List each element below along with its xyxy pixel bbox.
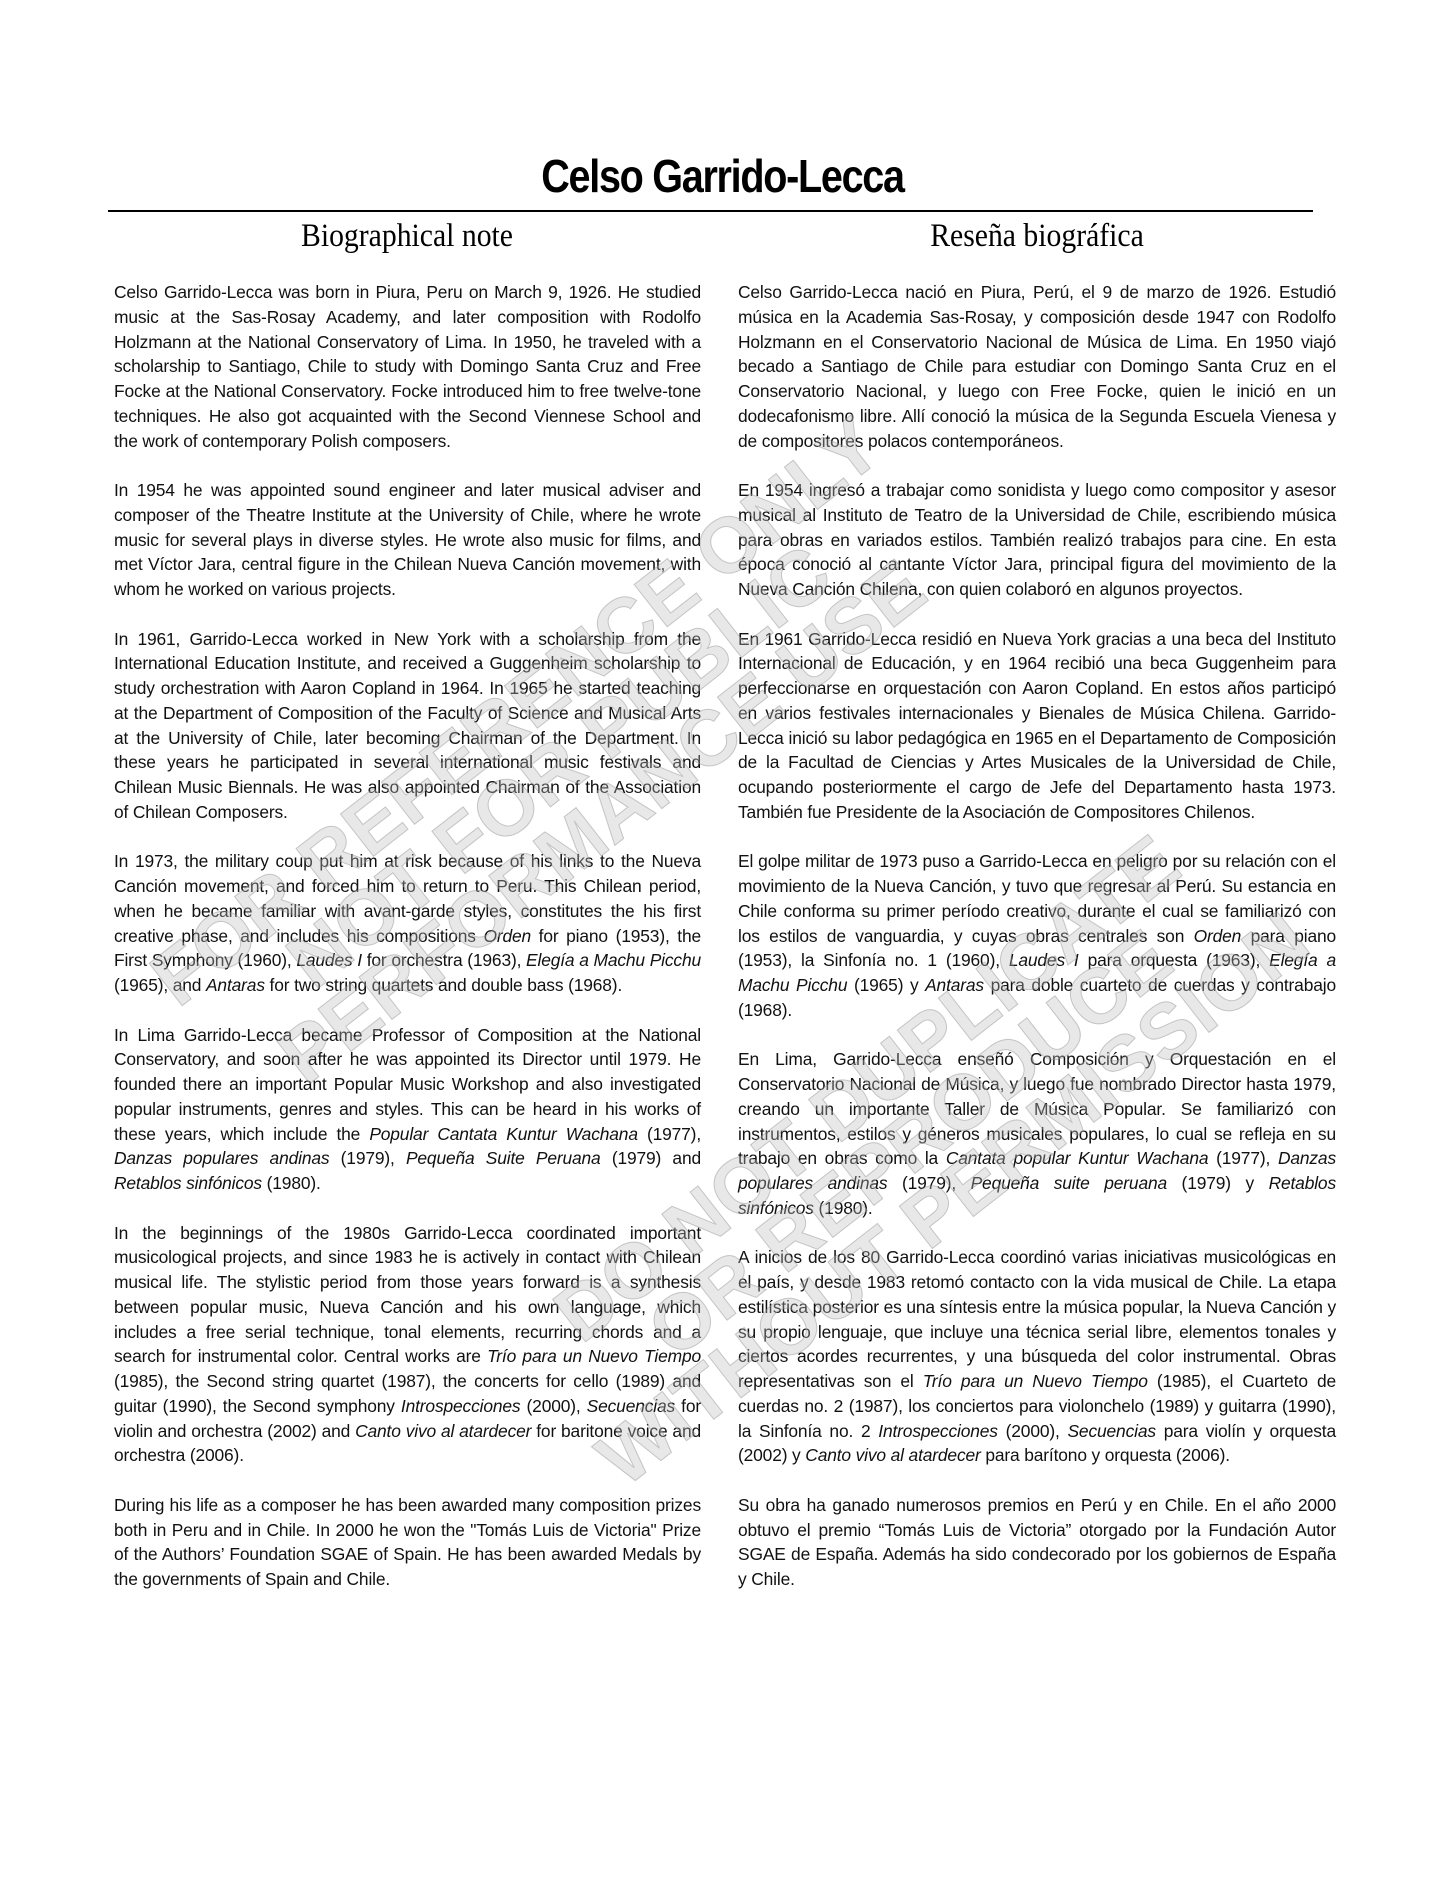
text-run: (1965), and: [114, 975, 206, 995]
work-title: Pequeña suite peruana: [971, 1173, 1167, 1193]
text-run: In the beginnings of the 1980s Garrido-L…: [114, 1223, 701, 1367]
text-run: En 1954 ingresó a trabajar como sonidist…: [738, 480, 1336, 599]
work-title: Pequeña Suite Peruana: [406, 1148, 601, 1168]
paragraph: En 1961 Garrido-Lecca residió en Nueva Y…: [738, 627, 1336, 825]
text-run: para orquesta (1963),: [1079, 950, 1270, 970]
paragraph: Celso Garrido-Lecca was born in Piura, P…: [114, 280, 701, 453]
work-title: Orden: [1194, 926, 1242, 946]
text-run: (1979),: [887, 1173, 970, 1193]
text-run: (1979),: [329, 1148, 406, 1168]
spanish-heading: Reseña biográfica: [768, 214, 1306, 258]
text-run: (2000),: [520, 1396, 586, 1416]
text-run: Celso Garrido-Lecca nació en Piura, Perú…: [738, 282, 1336, 451]
text-run: (1965) y: [847, 975, 925, 995]
paragraph: In the beginnings of the 1980s Garrido-L…: [114, 1221, 701, 1469]
paragraph: In 1973, the military coup put him at ri…: [114, 849, 701, 998]
work-title: Introspecciones: [401, 1396, 521, 1416]
text-run: (2000),: [998, 1421, 1068, 1441]
paragraph: A inicios de los 80 Garrido-Lecca coordi…: [738, 1245, 1336, 1468]
work-title: Antaras: [206, 975, 265, 995]
work-title: Orden: [483, 926, 531, 946]
work-title: Cantata popular Kuntur Wachana: [946, 1148, 1209, 1168]
paragraph: Celso Garrido-Lecca nació en Piura, Perú…: [738, 280, 1336, 453]
work-title: Introspecciones: [878, 1421, 998, 1441]
work-title: Antaras: [925, 975, 984, 995]
paragraph: Su obra ha ganado numerosos premios en P…: [738, 1493, 1336, 1592]
work-title: Popular Cantata Kuntur Wachana: [369, 1124, 638, 1144]
title-divider: [108, 210, 1313, 212]
text-run: (1977),: [1208, 1148, 1278, 1168]
work-title: Trío para un Nuevo Tiempo: [487, 1346, 701, 1366]
text-run: In 1961, Garrido-Lecca worked in New Yor…: [114, 629, 701, 822]
work-title: Canto vivo al atardecer: [805, 1445, 980, 1465]
work-title: Secuencias: [587, 1396, 675, 1416]
text-run: En 1961 Garrido-Lecca residió en Nueva Y…: [738, 629, 1336, 822]
work-title: Canto vivo al atardecer: [355, 1421, 531, 1441]
paragraph: In 1954 he was appointed sound engineer …: [114, 478, 701, 602]
text-run: (1980).: [814, 1198, 873, 1218]
text-run: A inicios de los 80 Garrido-Lecca coordi…: [738, 1247, 1336, 1391]
text-run: Su obra ha ganado numerosos premios en P…: [738, 1495, 1336, 1589]
paragraph: In 1961, Garrido-Lecca worked in New Yor…: [114, 627, 701, 825]
work-title: Laudes I: [296, 950, 362, 970]
work-title: Danzas populares andinas: [114, 1148, 329, 1168]
text-run: (1979) y: [1167, 1173, 1269, 1193]
paragraph: En 1954 ingresó a trabajar como sonidist…: [738, 478, 1336, 602]
work-title: Laudes I: [1009, 950, 1079, 970]
text-run: (1977),: [638, 1124, 701, 1144]
page-title: Celso Garrido-Lecca: [101, 146, 1344, 206]
paragraph: El golpe militar de 1973 puso a Garrido-…: [738, 849, 1336, 1022]
work-title: Retablos sinfónicos: [114, 1173, 262, 1193]
text-run: During his life as a composer he has bee…: [114, 1495, 701, 1589]
paragraph: In Lima Garrido-Lecca became Professor o…: [114, 1023, 701, 1196]
text-run: (1979) and: [601, 1148, 701, 1168]
paragraph: During his life as a composer he has bee…: [114, 1493, 701, 1592]
text-run: Celso Garrido-Lecca was born in Piura, P…: [114, 282, 701, 451]
text-run: In 1954 he was appointed sound engineer …: [114, 480, 701, 599]
text-run: for orchestra (1963),: [362, 950, 526, 970]
text-run: para barítono y orquesta (2006).: [981, 1445, 1230, 1465]
english-heading: Biographical note: [143, 214, 670, 258]
work-title: Elegía a Machu Picchu: [526, 950, 701, 970]
work-title: Trío para un Nuevo Tiempo: [923, 1371, 1148, 1391]
spanish-column: Celso Garrido-Lecca nació en Piura, Perú…: [738, 280, 1336, 1617]
text-run: (1980).: [262, 1173, 321, 1193]
text-run: for two string quartets and double bass …: [265, 975, 622, 995]
work-title: Secuencias: [1067, 1421, 1155, 1441]
english-column: Celso Garrido-Lecca was born in Piura, P…: [114, 280, 701, 1617]
paragraph: En Lima, Garrido-Lecca enseñó Composició…: [738, 1047, 1336, 1220]
